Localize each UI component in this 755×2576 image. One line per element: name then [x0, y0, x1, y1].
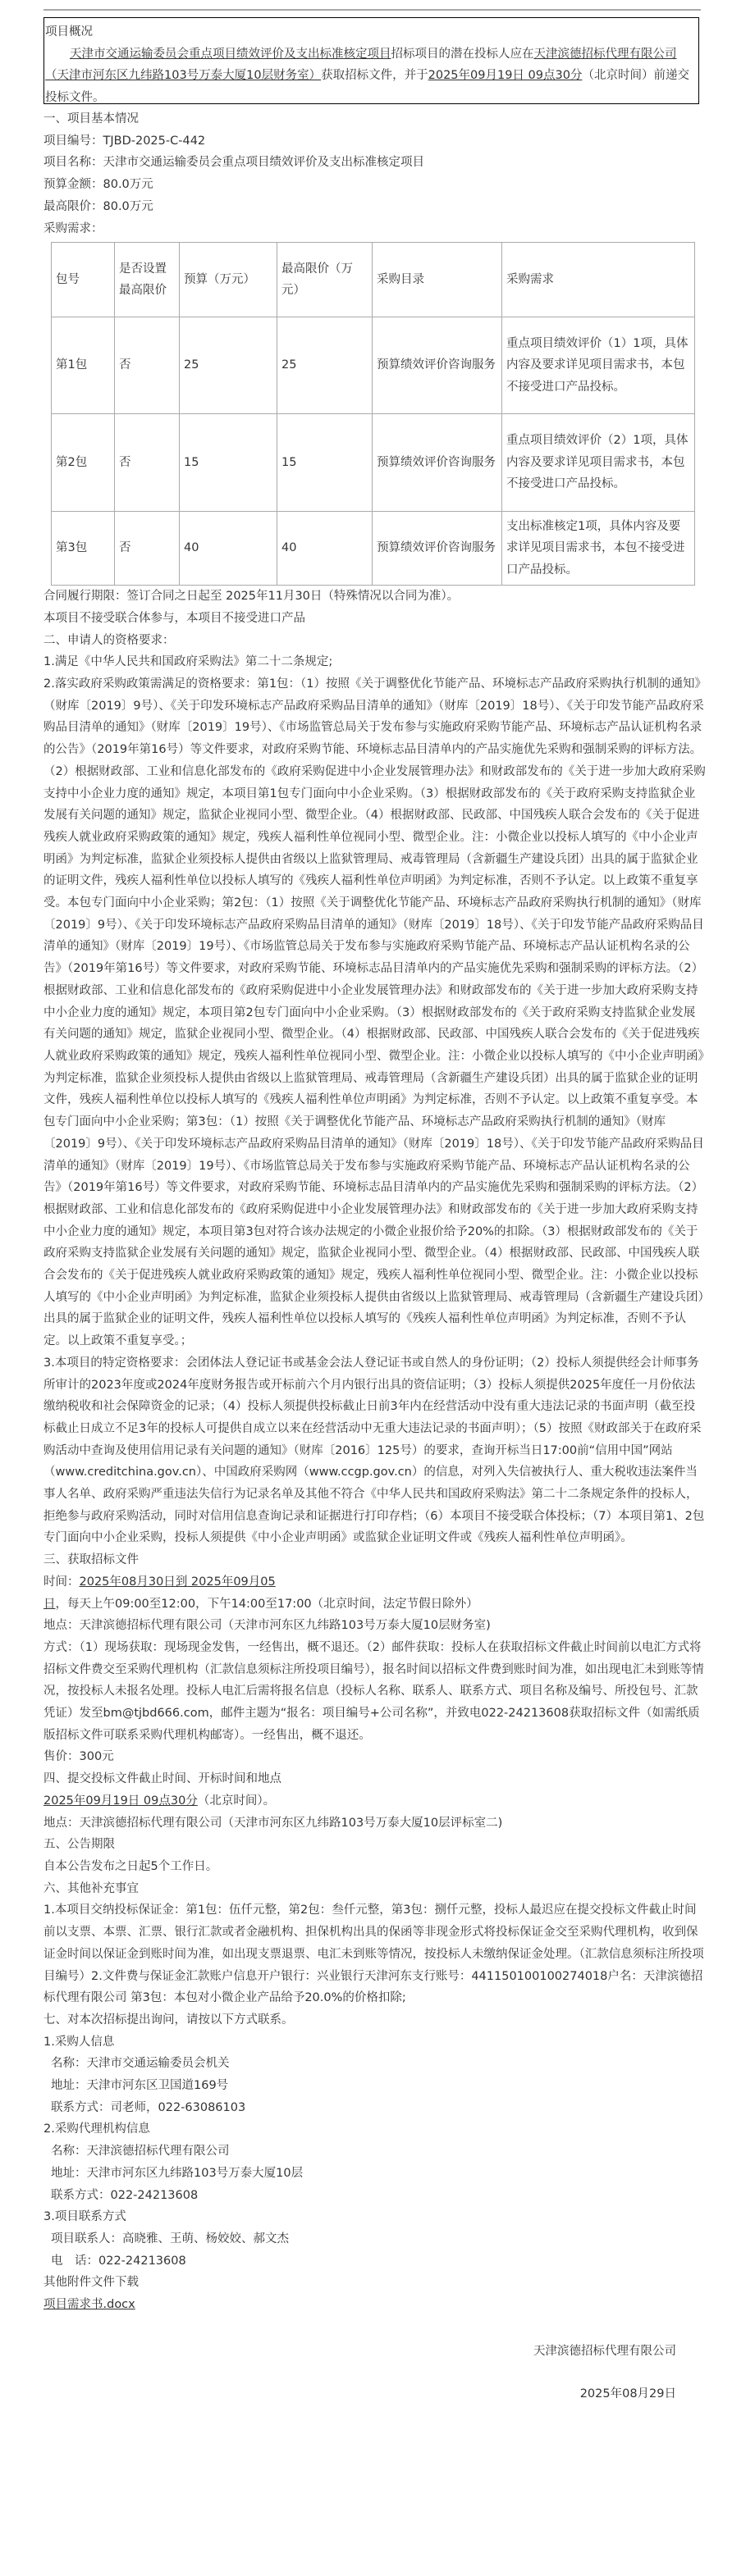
obtain-method: 方式：（1）现场获取：现场现金发售，一经售出，概不退还。（2）邮件获取：投标人在…	[43, 1637, 707, 1747]
section1-heading: 一、项目基本情况	[43, 108, 707, 130]
table-cell: 15	[277, 414, 373, 512]
table-header-row: 包号 是否设置最高限价 预算（万元） 最高限价（万元） 采购目录 采购需求	[52, 243, 695, 317]
section4-heading: 四、提交投标文件截止时间、开标时间和地点	[43, 1768, 707, 1790]
table-cell: 预算绩效评价咨询服务	[373, 512, 502, 586]
table-cell: 否	[115, 512, 180, 586]
section5-heading: 五、公告期限	[43, 1834, 707, 1856]
table-cell: 重点项目绩效评价（1）1项，具体内容及要求详见项目需求书，本包不接受进口产品投标…	[502, 317, 695, 414]
table-cell: 否	[115, 317, 180, 414]
table-header-cell: 采购目录	[373, 243, 502, 317]
section3-heading: 三、获取招标文件	[43, 1549, 707, 1571]
table-cell: 25	[277, 317, 373, 414]
announcement-body: 一、项目基本情况 项目编号：TJBD-2025-C-442 项目名称：天津市交通…	[43, 108, 707, 2405]
overview-box: 项目概况 天津市交通运输委员会重点项目绩效评价及支出标准核定项目招标项目的潜在投…	[43, 17, 699, 104]
agency-address: 地址：天津市河东区九纬路103号万泰大厦10层	[43, 2163, 707, 2185]
table-cell: 支出标准核定1项，具体内容及要求详见项目需求书，本包不接受进口产品投标。	[502, 512, 695, 586]
table-header-cell: 包号	[52, 243, 115, 317]
purchaser-address: 地址：天津市河东区卫国道169号	[43, 2075, 707, 2097]
table-cell: 15	[180, 414, 277, 512]
agency-contact: 联系方式：022-24213608	[43, 2185, 707, 2207]
project-name-link[interactable]: 天津市交通运输委员会重点项目绩效评价及支出标准核定项目	[70, 48, 391, 61]
table-cell: 预算绩效评价咨询服务	[373, 317, 502, 414]
table-row: 第2包 否 15 15 预算绩效评价咨询服务 重点项目绩效评价（2）1项，具体内…	[52, 414, 695, 512]
requirements-label: 采购需求：	[43, 218, 707, 240]
agency-name: 名称：天津滨德招标代理有限公司	[43, 2141, 707, 2163]
budget-amount: 预算金额：80.0万元	[43, 174, 707, 196]
table-header-cell: 采购需求	[502, 243, 695, 317]
submission-deadline: 2025年09月19日 09点30分（北京时间）。	[43, 1790, 707, 1812]
table-cell: 否	[115, 414, 180, 512]
table-header-cell: 最高限价（万元）	[277, 243, 373, 317]
deadline-link[interactable]: 2025年09月19日 09点30分	[428, 69, 583, 82]
table-cell: 重点项目绩效评价（2）1项，具体内容及要求详见项目需求书，本包不接受进口产品投标…	[502, 414, 695, 512]
consortium-note: 本项目不接受联合体参与，本项目不接受进口产品	[43, 608, 707, 630]
section6-heading: 六、其他补充事宜	[43, 1878, 707, 1900]
table-row: 第1包 否 25 25 预算绩效评价咨询服务 重点项目绩效评价（1）1项，具体内…	[52, 317, 695, 414]
document-price: 售价：300元	[43, 1746, 707, 1768]
section7-heading: 七、对本次招标提出询问，请按以下方式联系。	[43, 2009, 707, 2031]
top-divider	[43, 9, 701, 11]
project-contacts: 项目联系人：高晓雅、王萌、杨姣姣、郝文杰	[43, 2228, 707, 2250]
agency-heading: 2.采购代理机构信息	[43, 2118, 707, 2141]
opening-place: 地点：天津滨德招标代理有限公司（天津市河东区九纬路103号万泰大厦10层评标室二…	[43, 1812, 707, 1835]
supplementary-text: 1.本项目交纳投标保证金：第1包：伍仟元整，第2包：叁仟元整，第3包：捌仟元整，…	[43, 1899, 707, 2009]
qualification-item-1: 1.满足《中华人民共和国政府采购法》第二十二条规定;	[43, 651, 707, 673]
signature-company: 天津滨德招标代理有限公司	[43, 2341, 707, 2363]
qualification-item-2: 2.落实政府采购政策需满足的资格要求：第1包：（1）按照《关于调整优化节能产品、…	[43, 673, 707, 1352]
overview-title: 项目概况	[45, 21, 698, 43]
table-cell: 第1包	[52, 317, 115, 414]
table-cell: 25	[180, 317, 277, 414]
table-header-cell: 是否设置最高限价	[115, 243, 180, 317]
table-row: 第3包 否 40 40 预算绩效评价咨询服务 支出标准核定1项，具体内容及要求详…	[52, 512, 695, 586]
overview-text: 天津市交通运输委员会重点项目绩效评价及支出标准核定项目招标项目的潜在投标人应在天…	[45, 43, 698, 109]
notice-period: 自本公告发布之日起5个工作日。	[43, 1856, 707, 1878]
project-contact-heading: 3.项目联系方式	[43, 2206, 707, 2228]
attachment-item: 项目需求书.docx	[43, 2294, 707, 2316]
packages-table: 包号 是否设置最高限价 预算（万元） 最高限价（万元） 采购目录 采购需求 第1…	[51, 242, 695, 586]
project-number: 项目编号：TJBD-2025-C-442	[43, 130, 707, 153]
section2-heading: 二、申请人的资格要求：	[43, 630, 707, 652]
table-header-cell: 预算（万元）	[180, 243, 277, 317]
table-cell: 第2包	[52, 414, 115, 512]
project-name: 项目名称：天津市交通运输委员会重点项目绩效评价及支出标准核定项目	[43, 152, 707, 174]
project-phone: 电 话：022-24213608	[43, 2250, 707, 2273]
table-cell: 预算绩效评价咨询服务	[373, 414, 502, 512]
qualification-item-3: 3.本项目的特定资格要求：会团体法人登记证书或基金会法人登记证书或自然人的身份证…	[43, 1352, 707, 1549]
signature-date: 2025年08月29日	[43, 2383, 707, 2405]
table-cell: 40	[180, 512, 277, 586]
purchaser-name: 名称：天津市交通运输委员会机关	[43, 2053, 707, 2075]
purchaser-contact: 联系方式：司老师，022-63086103	[43, 2097, 707, 2119]
contract-period: 合同履行期限：签订合同之日起至 2025年11月30日（特殊情况以合同为准）。	[43, 586, 707, 608]
table-cell: 第3包	[52, 512, 115, 586]
obtain-place: 地点：天津滨德招标代理有限公司（天津市河东区九纬路103号万泰大厦10层财务室)	[43, 1615, 707, 1637]
submission-deadline-link[interactable]: 2025年09月19日 09点30分	[43, 1794, 198, 1808]
start-date-link[interactable]: 2025年08月30日	[80, 1575, 176, 1589]
attachment-download-link[interactable]: 项目需求书.docx	[43, 2298, 135, 2311]
table-cell: 40	[277, 512, 373, 586]
attachments-label: 其他附件文件下载	[43, 2272, 707, 2294]
purchaser-heading: 1.采购人信息	[43, 2031, 707, 2054]
max-price: 最高限价：80.0万元	[43, 196, 707, 218]
obtain-time: 时间：2025年08月30日到 2025年09月05日，每天上午09:00至12…	[43, 1571, 707, 1615]
